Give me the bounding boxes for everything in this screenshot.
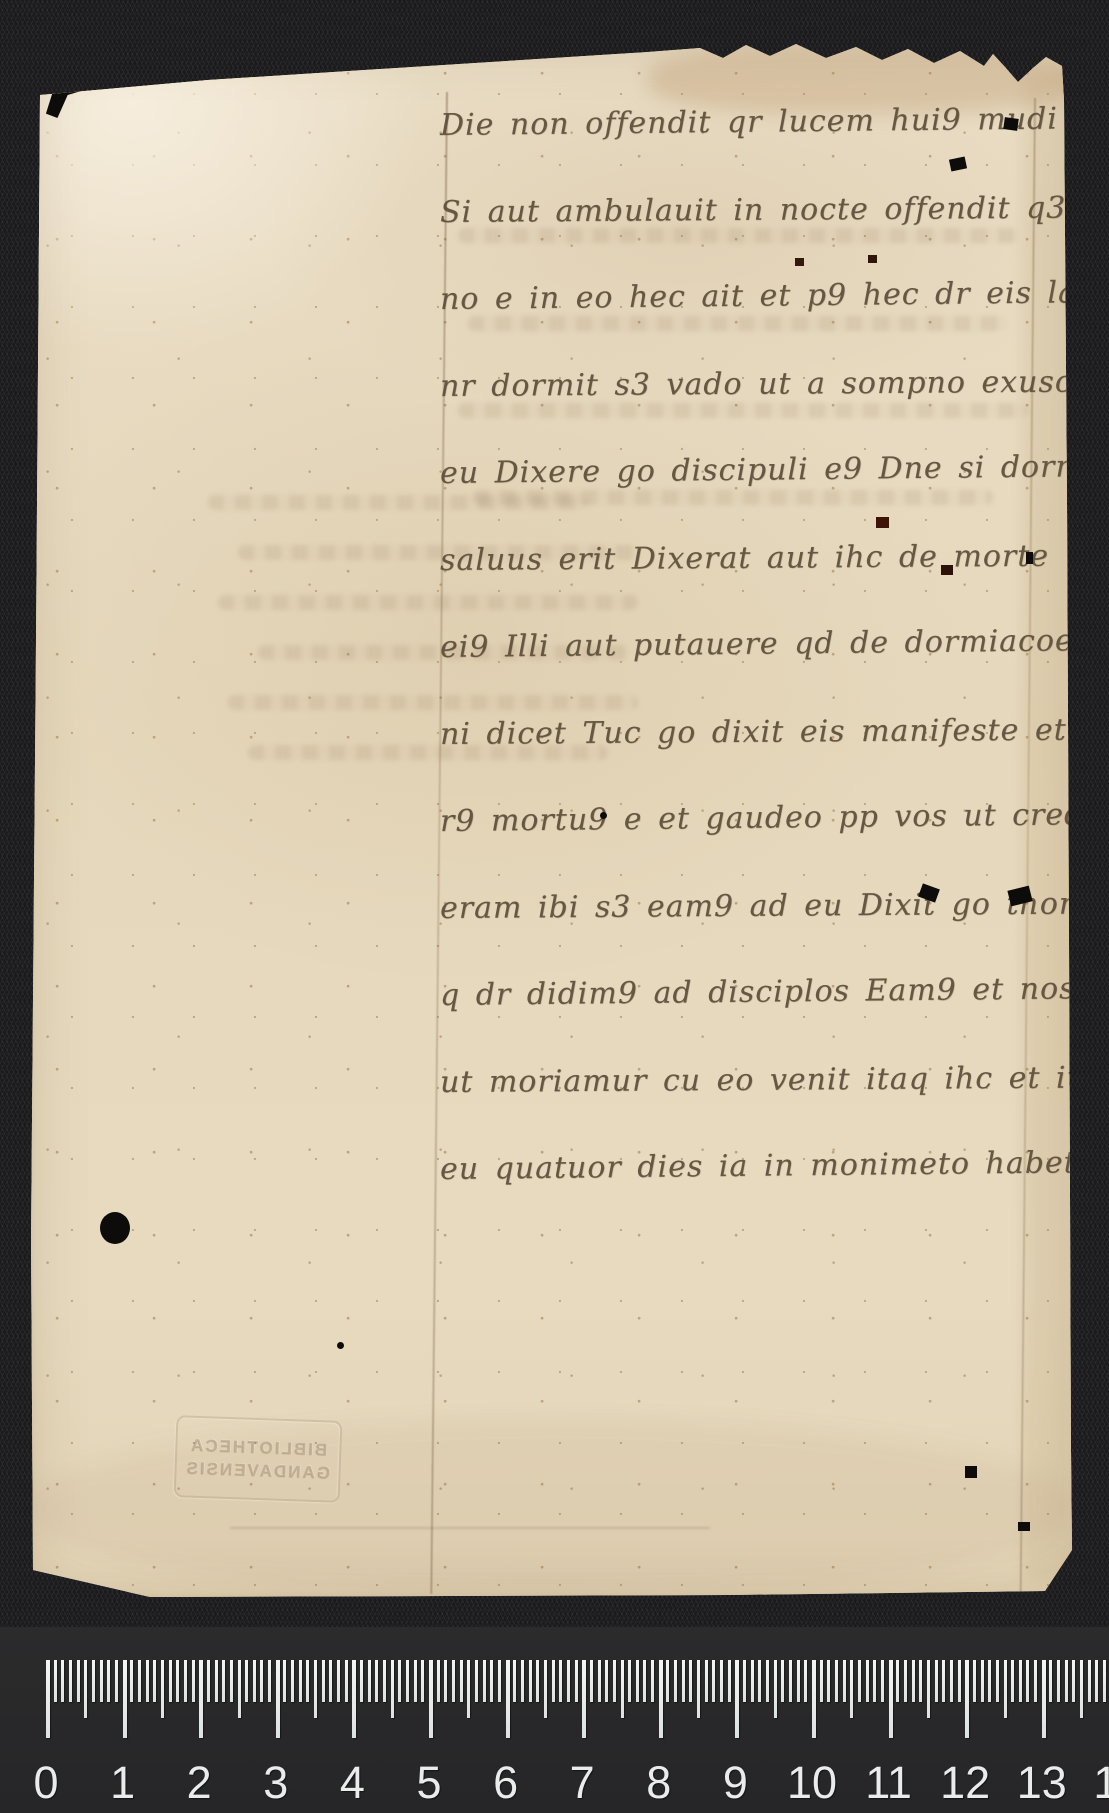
ruler-tick-cm [1042,1660,1046,1738]
ruler-tick-mm [1065,1660,1068,1702]
manuscript-line: ni dicet Tuc go dixit eis manifeste et l… [440,712,1109,752]
ruler-tick-mm [896,1660,899,1702]
ruler-tick-cm [199,1660,203,1738]
ruler-tick-cm [123,1660,127,1738]
ruler-tick-mm [368,1660,371,1702]
ruler-number: 5 [416,1757,441,1809]
ruler-tick-mm [529,1660,532,1702]
ruler-tick-mm [958,1660,961,1702]
ruler-number: 1 [110,1757,135,1809]
ruler-tick-mm [215,1660,218,1702]
ruler-tick-half-cm [621,1660,624,1718]
ruler-tick-cm [582,1660,586,1738]
ruler-tick-mm [490,1660,493,1702]
ruler-tick-mm [92,1660,95,1702]
ruler-tick-mm [452,1660,455,1702]
ruler-tick-cm [889,1660,893,1738]
ruler-number: 13 [1017,1757,1067,1809]
ruler-tick-mm [689,1660,692,1702]
ruler-number: 10 [787,1757,837,1809]
ruler-tick-half-cm [1004,1660,1007,1718]
ruler-tick-half-cm [1080,1660,1083,1718]
ink-hole [100,1212,130,1244]
parchment-leaf: Die non offendit qr lucem hui9 mudi vide… [28,40,1076,1600]
ruler-tick-mm [245,1660,248,1702]
ink-speck [795,258,804,266]
ruler-tick-mm [207,1660,210,1702]
ruler-tick-mm [322,1660,325,1702]
showthrough-streak [228,695,638,710]
ruler-tick-half-cm [467,1660,470,1718]
ink-hole [1003,117,1019,131]
ruler-tick-mm [705,1660,708,1702]
manuscript-line: eu Dixere go discipuli e9 Dne si dormit [440,449,1109,491]
ruler-tick-cm [735,1660,739,1738]
ruler-tick-half-cm [314,1660,317,1718]
ruler-tick-mm [1019,1660,1022,1702]
ruler-tick-mm [1103,1660,1106,1702]
ruler-tick-half-cm [84,1660,87,1718]
manuscript-line: ei9 Illi aut putauere qd de dormiacoe so… [440,623,1109,665]
ruler-tick-mm [107,1660,110,1702]
ruler-tick-cm [659,1660,663,1738]
ink-speck [337,1342,344,1349]
ruler-tick-mm [919,1660,922,1702]
ruler-tick-mm [444,1660,447,1702]
ruler-tick-half-cm [774,1660,777,1718]
ruler-number: 3 [263,1757,288,1809]
ruler-tick-half-cm [391,1660,394,1718]
showthrough-streak [458,403,1028,418]
ink-speck [600,812,607,819]
ruler-tick-mm [1088,1660,1091,1702]
ruler-tick-mm [996,1660,999,1702]
ruler-tick-mm [460,1660,463,1702]
ruler-tick-mm [682,1660,685,1702]
ruler-tick-mm [1072,1660,1075,1702]
manuscript-line: ut moriamur cu eo venit itaq ihc et iuen… [440,1060,1109,1100]
ruler-tick-mm [797,1660,800,1702]
ruler-tick-mm [329,1660,332,1702]
ruler-tick-mm [268,1660,271,1702]
ruler-tick-mm [559,1660,562,1702]
ruler-tick-mm [843,1660,846,1702]
ruler-tick-mm [904,1660,907,1702]
ruler-tick-mm [283,1660,286,1702]
ruler-tick-mm [176,1660,179,1702]
ruler-tick-mm [230,1660,233,1702]
ruler-number: 2 [187,1757,212,1809]
ruler-tick-mm [253,1660,256,1702]
library-stamp: BIBLIOTHECA GANDAVENSIS [174,1415,343,1503]
ruler-tick-mm [835,1660,838,1702]
ruler-tick-mm [475,1660,478,1702]
manuscript-line: eu quatuor dies ia in monimeto habete [440,1145,1096,1187]
ruler-tick-mm [345,1660,348,1702]
ruler-tick-mm [712,1660,715,1702]
library-stamp-line1: BIBLIOTHECA [189,1435,328,1460]
ruler-tick-mm [222,1660,225,1702]
ruler-tick-mm [820,1660,823,1702]
red-speck [876,517,889,528]
ruler-number: 12 [940,1757,990,1809]
ruler-tick-mm [728,1660,731,1702]
ruler-tick-mm [858,1660,861,1702]
ruler-tick-mm [306,1660,309,1702]
ruler-number: 0 [33,1757,58,1809]
ruler-tick-mm [674,1660,677,1702]
ruler-tick-cm [352,1660,356,1738]
ruler-tick-mm [720,1660,723,1702]
ruler-tick-mm [751,1660,754,1702]
ruler-tick-cm [276,1660,280,1738]
ruler-tick-mm [1049,1660,1052,1702]
ruler-number: 4 [340,1757,365,1809]
ruler-tick-mm [1034,1660,1037,1702]
ruler-number: 8 [646,1757,671,1809]
ruler-tick-half-cm [697,1660,700,1718]
ruler-number: 9 [723,1757,748,1809]
showthrough-streak [473,490,993,505]
ruler-tick-mm [54,1660,57,1702]
ruler-tick-mm [138,1660,141,1702]
ruler-tick-mm [613,1660,616,1702]
ruler-tick-mm [743,1660,746,1702]
ruler-tick-mm [935,1660,938,1702]
ruler-tick-mm [666,1660,669,1702]
ruler-tick-mm [552,1660,555,1702]
ruler-tick-mm [100,1660,103,1702]
ruler-tick-cm [812,1660,816,1738]
ruler-tick-mm [827,1660,830,1702]
ruler-tick-mm [866,1660,869,1702]
manuscript-line: nr dormit s3 vado ut a sompno exuscite [440,364,1109,404]
library-stamp-line2: GANDAVENSIS [185,1458,331,1483]
ruler-tick-mm [291,1660,294,1702]
ruler-tick-mm [942,1660,945,1702]
ruler-tick-half-cm [850,1660,853,1718]
ruler: 01234567891011121314 [0,1627,1109,1813]
ink-stroke-mark [29,32,55,54]
ink-speck [1026,552,1033,564]
ruler-tick-mm [605,1660,608,1702]
ruler-number: 6 [493,1757,518,1809]
ruler-tick-cm [46,1660,50,1738]
ruler-tick-half-cm [544,1660,547,1718]
horizontal-crease [230,1527,710,1529]
ruler-tick-mm [643,1660,646,1702]
ruler-tick-mm [61,1660,64,1702]
ruler-tick-mm [567,1660,570,1702]
ruler-tick-mm [536,1660,539,1702]
ruler-tick-mm [873,1660,876,1702]
ruler-tick-mm [299,1660,302,1702]
ruler-tick-mm [437,1660,440,1702]
ruler-tick-mm [260,1660,263,1702]
ruler-tick-mm [383,1660,386,1702]
ruler-tick-mm [651,1660,654,1702]
photographed-manuscript-scene: Die non offendit qr lucem hui9 mudi vide… [0,0,1109,1813]
ruler-tick-mm [192,1660,195,1702]
ruler-tick-mm [375,1660,378,1702]
showthrough-streak [458,228,1018,243]
ruler-tick-mm [881,1660,884,1702]
ruler-tick-mm [758,1660,761,1702]
ruler-tick-mm [789,1660,792,1702]
ruler-tick-mm [521,1660,524,1702]
ruler-tick-mm [912,1660,915,1702]
ruler-tick-mm [146,1660,149,1702]
ruler-tick-cm [506,1660,510,1738]
ruler-tick-mm [184,1660,187,1702]
ruler-tick-mm [766,1660,769,1702]
ruler-tick-mm [636,1660,639,1702]
ruler-tick-mm [360,1660,363,1702]
ruler-tick-mm [1095,1660,1098,1702]
manuscript-line: Si aut ambulauit in nocte offendit q3 lu… [440,190,1109,230]
showthrough-streak [468,316,1008,331]
ruler-tick-mm [398,1660,401,1702]
manuscript-line: r9 mortu9 e et gaudeo pp vos ut credatis… [440,796,1109,839]
ruler-tick-mm [483,1660,486,1702]
ruler-tick-mm [513,1660,516,1702]
ink-speck [1018,1522,1030,1531]
ruler-tick-mm [77,1660,80,1702]
ruler-tick-mm [1011,1660,1014,1702]
ruler-tick-mm [69,1660,72,1702]
ruler-number: 14 [1093,1757,1109,1809]
ruler-tick-mm [498,1660,501,1702]
ruler-tick-cm [965,1660,969,1738]
ruler-tick-mm [988,1660,991,1702]
showthrough-streak [218,595,638,610]
ink-speck [868,255,877,263]
ruler-tick-mm [804,1660,807,1702]
ruler-number: 7 [570,1757,595,1809]
ruler-tick-half-cm [927,1660,930,1718]
ruler-tick-mm [1026,1660,1029,1702]
ruler-tick-mm [950,1660,953,1702]
ruler-tick-mm [598,1660,601,1702]
ruler-tick-mm [628,1660,631,1702]
manuscript-line: saluus erit Dixerat aut ihc de morte [440,539,1049,578]
ruler-tick-mm [337,1660,340,1702]
ruler-tick-mm [781,1660,784,1702]
ruler-tick-mm [414,1660,417,1702]
ruler-tick-mm [973,1660,976,1702]
ruler-tick-mm [130,1660,133,1702]
ruler-tick-mm [115,1660,118,1702]
ink-speck [941,565,953,575]
ruler-tick-mm [1057,1660,1060,1702]
ruler-number: 11 [865,1757,912,1809]
ruler-tick-mm [406,1660,409,1702]
ruler-tick-half-cm [238,1660,241,1718]
ruler-tick-mm [421,1660,424,1702]
ruler-tick-cm [429,1660,433,1738]
manuscript-line: q dr didim9 ad disciplos Eam9 et nos [440,971,1076,1013]
ruler-tick-mm [153,1660,156,1702]
ruler-tick-mm [981,1660,984,1702]
ruler-tick-half-cm [161,1660,164,1718]
ink-speck [965,1466,977,1478]
ruler-tick-mm [169,1660,172,1702]
ruler-tick-mm [575,1660,578,1702]
ruler-tick-mm [590,1660,593,1702]
